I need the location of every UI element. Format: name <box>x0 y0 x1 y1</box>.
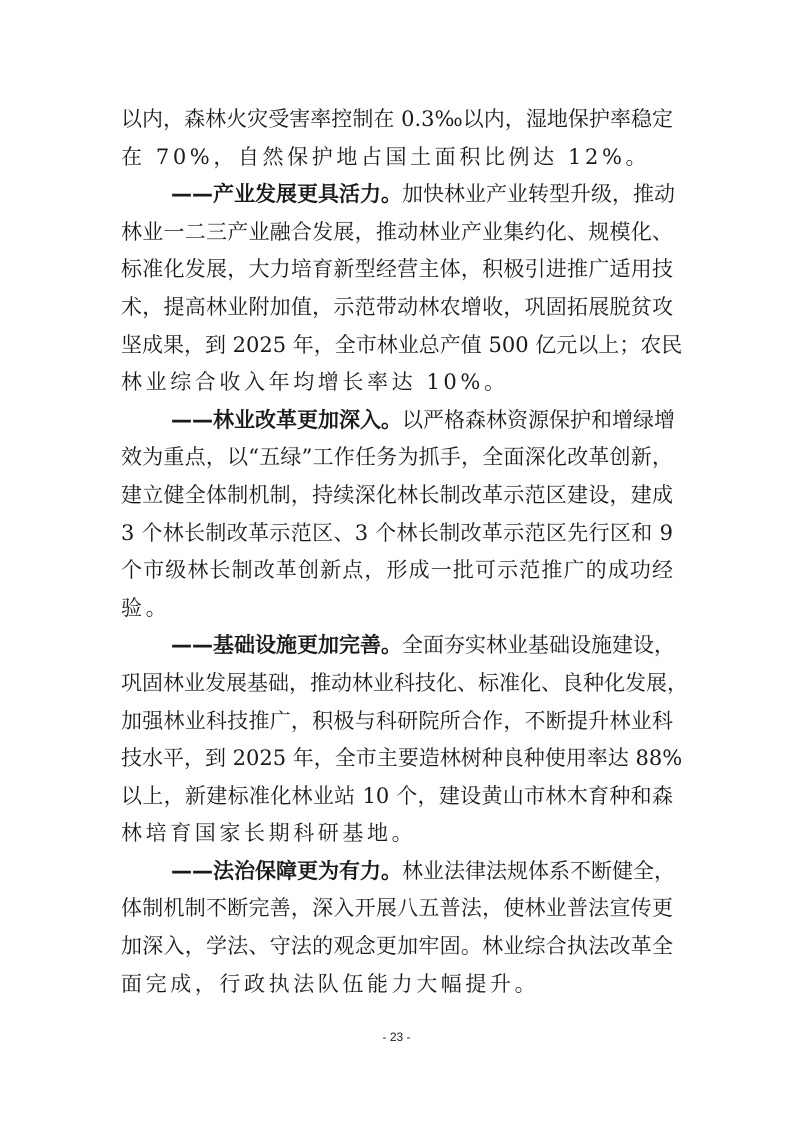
text-run: 以严格森林资源保护和增绿增 <box>402 408 675 432</box>
text-line: ——林业改革更加深入。以严格森林资源保护和增绿增 <box>121 402 673 440</box>
section-heading: ——产业发展更具活力。 <box>171 182 402 206</box>
text-line: 坚成果，到 2025 年，全市林业总产值 500 亿元以上；农民 <box>121 327 673 365</box>
paragraph-continuation: 以内，森林火灾受害率控制在 0.3‰以内，湿地保护率稳定 在 70%，自然保护地… <box>121 101 673 176</box>
paragraph-infrastructure: ——基础设施更加完善。全面夯实林业基础设施建设， 巩固林业发展基础，推动林业科技… <box>121 627 673 853</box>
text-line: 巩固林业发展基础，推动林业科技化、标准化、良种化发展， <box>121 665 673 703</box>
text-run: 林业法律法规体系不断健全， <box>402 859 675 883</box>
text-line: 林业综合收入年均增长率达 10%。 <box>121 364 673 402</box>
text-line: 效为重点，以“五绿”工作任务为抓手，全面深化改革创新， <box>121 439 673 477</box>
page-number: - 23 - <box>0 1030 793 1044</box>
text-line: ——法治保障更为有力。林业法律法规体系不断健全， <box>121 853 673 891</box>
text-line: 技水平，到 2025 年，全市主要造林树种良种使用率达 88% <box>121 740 673 778</box>
text-line: 3 个林长制改革示范区、3 个林长制改革示范区先行区和 9 <box>121 515 673 553</box>
section-heading: ——法治保障更为有力。 <box>171 859 402 883</box>
text-line: 加深入，学法、守法的观念更加牢固。林业综合执法改革全 <box>121 928 673 966</box>
paragraph-industry-development: ——产业发展更具活力。加快林业产业转型升级，推动 林业一二三产业融合发展，推动林… <box>121 176 673 402</box>
document-page: 以内，森林火灾受害率控制在 0.3‰以内，湿地保护率稳定 在 70%，自然保护地… <box>0 0 793 1122</box>
text-line: 术，提高林业附加值，示范带动林农增收，巩固拓展脱贫攻 <box>121 289 673 327</box>
text-run: 加快林业产业转型升级，推动 <box>402 182 675 206</box>
text-line: 标准化发展，大力培育新型经营主体，积极引进推广适用技 <box>121 251 673 289</box>
paragraph-forestry-reform: ——林业改革更加深入。以严格森林资源保护和增绿增 效为重点，以“五绿”工作任务为… <box>121 402 673 628</box>
text-line: 林培育国家长期科研基地。 <box>121 815 673 853</box>
paragraph-rule-of-law: ——法治保障更为有力。林业法律法规体系不断健全， 体制机制不断完善，深入开展八五… <box>121 853 673 1003</box>
text-line: 加强林业科技推广，积极与科研院所合作，不断提升林业科 <box>121 703 673 741</box>
text-line: 面完成，行政执法队伍能力大幅提升。 <box>121 966 673 1004</box>
text-line: 个市级林长制改革创新点，形成一批可示范推广的成功经 <box>121 552 673 590</box>
text-run: 全面夯实林业基础设施建设， <box>402 633 675 657</box>
document-body: 以内，森林火灾受害率控制在 0.3‰以内，湿地保护率稳定 在 70%，自然保护地… <box>121 101 673 1003</box>
text-line: 在 70%，自然保护地占国土面积比例达 12%。 <box>121 139 673 177</box>
section-heading: ——基础设施更加完善。 <box>171 633 402 657</box>
section-heading: ——林业改革更加深入。 <box>171 408 402 432</box>
text-line: ——产业发展更具活力。加快林业产业转型升级，推动 <box>121 176 673 214</box>
text-line: 建立健全体制机制，持续深化林长制改革示范区建设，建成 <box>121 477 673 515</box>
text-line: 体制机制不断完善，深入开展八五普法，使林业普法宣传更 <box>121 890 673 928</box>
text-line: 以内，森林火灾受害率控制在 0.3‰以内，湿地保护率稳定 <box>121 101 673 139</box>
text-line: 以上，新建标准化林业站 10 个，建设黄山市林木育种和森 <box>121 778 673 816</box>
text-line: 林业一二三产业融合发展，推动林业产业集约化、规模化、 <box>121 214 673 252</box>
text-line: 验。 <box>121 590 673 628</box>
text-line: ——基础设施更加完善。全面夯实林业基础设施建设， <box>121 627 673 665</box>
